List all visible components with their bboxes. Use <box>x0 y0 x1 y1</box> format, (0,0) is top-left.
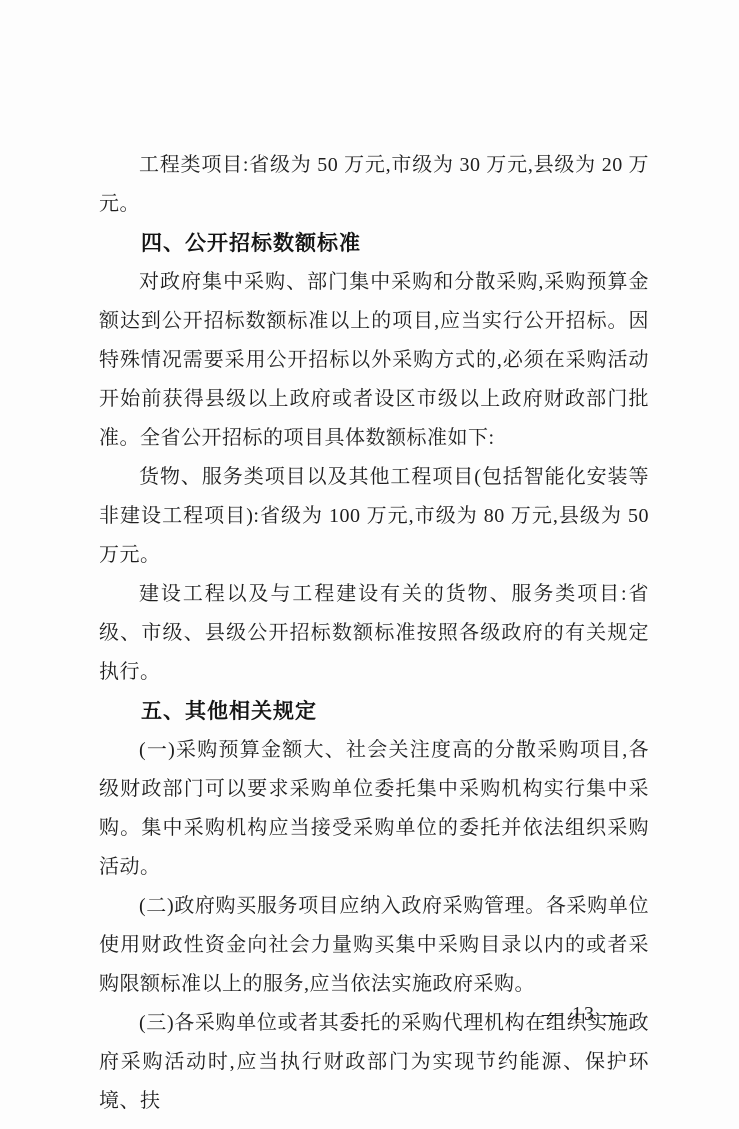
section-heading-5-other-provisions: 五、其他相关规定 <box>99 692 649 731</box>
paragraph-works-threshold: 工程类项目:省级为 50 万元,市级为 30 万元,县级为 20 万元。 <box>99 146 649 224</box>
paragraph-goods-services-threshold: 货物、服务类项目以及其他工程项目(包括智能化安装等非建设工程项目):省级为 10… <box>99 458 649 575</box>
text-block: 工程类项目:省级为 50 万元,市级为 30 万元,县级为 20 万元。 四、公… <box>99 146 649 1121</box>
paragraph-provision-2: (二)政府购买服务项目应纳入政府采购管理。各采购单位使用财政性资金向社会力量购买… <box>99 887 649 1004</box>
paragraph-open-tender-rule: 对政府集中采购、部门集中采购和分散采购,采购预算金额达到公开招标数额标准以上的项… <box>99 263 649 458</box>
document-page: 工程类项目:省级为 50 万元,市级为 30 万元,县级为 20 万元。 四、公… <box>0 0 739 1129</box>
paragraph-provision-1: (一)采购预算金额大、社会关注度高的分散采购项目,各级财政部门可以要求采购单位委… <box>99 731 649 887</box>
page-number: — 13 — <box>543 1003 625 1026</box>
paragraph-construction-threshold: 建设工程以及与工程建设有关的货物、服务类项目:省级、市级、县级公开招标数额标准按… <box>99 575 649 692</box>
section-heading-4-open-tender-threshold: 四、公开招标数额标准 <box>99 224 649 263</box>
